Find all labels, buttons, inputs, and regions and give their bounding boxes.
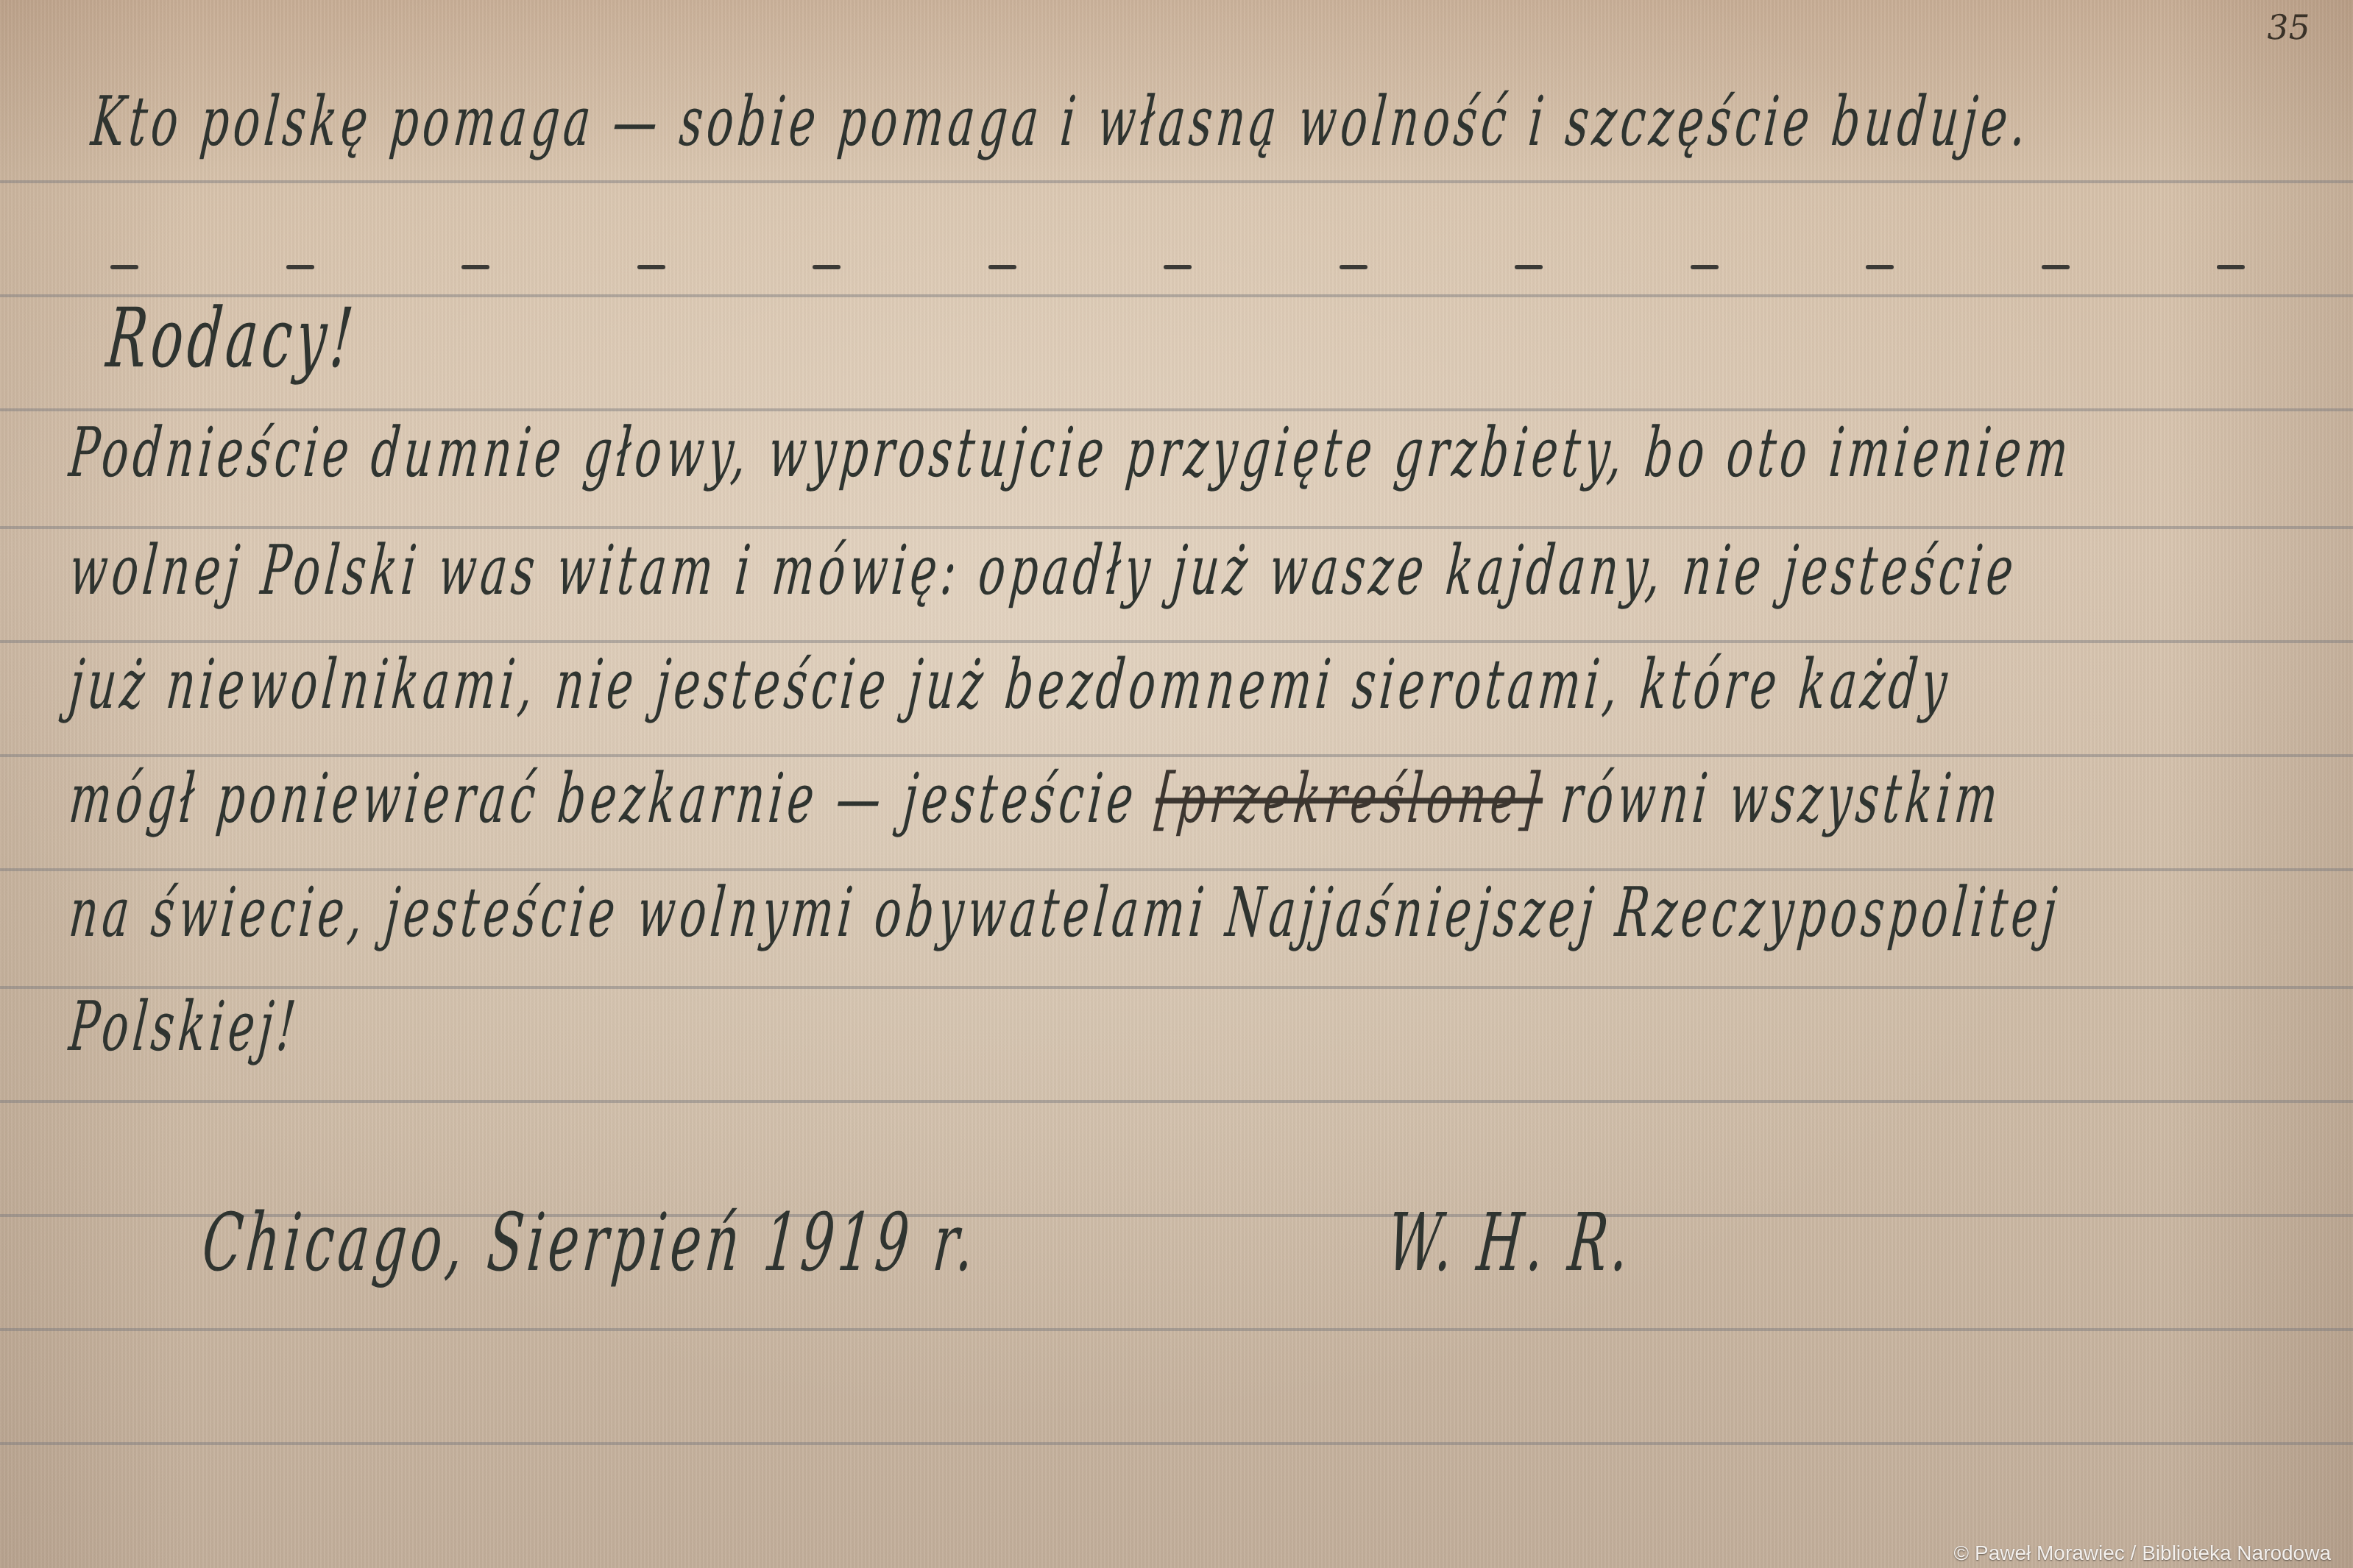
body-line-text: mógł poniewierać bezkarnie — jesteście [66, 759, 1141, 840]
dash [1164, 265, 1192, 269]
dash [637, 265, 665, 269]
ruled-line [0, 180, 2353, 183]
dash [2042, 265, 2070, 269]
dash [813, 265, 841, 269]
dash [110, 265, 138, 269]
signature-initials: W. H. R. [1384, 1196, 1637, 1289]
dash [2217, 265, 2245, 269]
ruled-line [0, 408, 2353, 411]
ruled-line [0, 526, 2353, 529]
dash [1515, 265, 1543, 269]
dash [1866, 265, 1894, 269]
ruled-line [0, 986, 2353, 989]
body-line: wolnej Polski was witam i mówię: opadły … [66, 531, 2021, 611]
separator-dashes [110, 265, 2245, 269]
body-line-continuation: równi wszystkim [1557, 759, 2005, 840]
body-line: na świecie, jesteście wolnymi obywatelam… [66, 873, 2064, 954]
dash [988, 265, 1016, 269]
ruled-line [0, 1100, 2353, 1103]
struck-through-word: [przekreślone] [1153, 759, 1547, 840]
ruled-line [0, 1328, 2353, 1331]
ruled-line [0, 868, 2353, 871]
body-line: Polskiej! [66, 987, 303, 1068]
body-line: Podnieście dumnie głowy, wyprostujcie pr… [66, 414, 2076, 494]
salutation: Rodacy! [103, 290, 361, 386]
dash [1340, 265, 1367, 269]
ruled-line [0, 1442, 2353, 1445]
opening-line: Kto polskę pomaga — sobie pomaga i własn… [88, 82, 2034, 163]
photo-credit: © Paweł Morawiec / Biblioteka Narodowa [1954, 1542, 2331, 1565]
body-line: już niewolnikami, nie jesteście już bezd… [66, 645, 1955, 726]
ruled-line [0, 754, 2353, 757]
ruled-line [0, 640, 2353, 643]
letter-page: 35 Kto polskę pomaga — sobie pomaga i wł… [0, 0, 2353, 1568]
dash [1691, 265, 1719, 269]
page-number: 35 [2263, 7, 2313, 47]
body-line: mógł poniewierać bezkarnie — jesteście [… [66, 759, 2005, 840]
dash [461, 265, 489, 269]
dash [286, 265, 314, 269]
place-and-date: Chicago, Sierpień 1919 r. [199, 1196, 983, 1289]
